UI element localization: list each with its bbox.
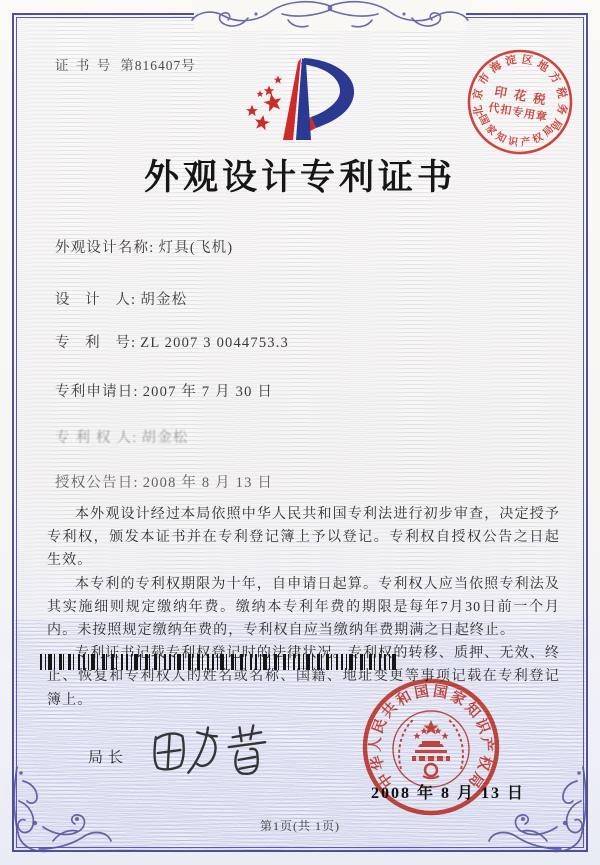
body-paragraph-1: 本外观设计经过本局依照中华人民共和国专利法进行初步审查，决定授予专利权，颁发本证… [47,503,560,573]
cnipa-logo-icon [236,50,368,156]
certificate-page: 证 书 号第816407号 北京市海淀区地方税务局 国家知识产权局 印 花 税 … [0,0,600,865]
field-value: ZL 2007 3 0044753.3 [140,335,289,351]
field-label: 专利申请日: [55,384,139,400]
field-grant-date: 授权公告日:2008 年 8 月 13 日 [55,471,273,492]
field-value: 胡金松 [142,430,189,446]
svg-text:务: 务 [555,103,571,116]
field-filing-date: 专利申请日:2007 年 7 月 30 日 [55,380,273,401]
national-ip-office-seal: 中华人民共和国国家知识产权局 [360,676,502,818]
signature-name: 田力普 [0,0,1,1]
field-value: 2007 年 7 月 30 日 [143,384,273,400]
top-flourish-ornament [188,0,472,31]
field-label: 专 利 号: [55,335,136,351]
director-signature [146,714,274,792]
certificate-number: 证 书 号第816407号 [55,54,196,74]
field-label: 外观设计名称: [55,240,154,256]
field-value: 2008 年 8 月 13 日 [143,475,273,491]
field-label: 设 计 人: [55,292,136,308]
field-value: 胡金松 [140,292,187,308]
svg-text:产: 产 [520,134,532,148]
page-footer: 第1页(共 1页) [0,817,600,834]
page-title: 外观设计专利证书 [0,150,600,200]
svg-text:京: 京 [470,88,486,101]
svg-text:识: 识 [507,134,520,149]
field-label: 专 利 权 人: [55,430,138,446]
field-label: 授权公告日: [55,475,139,491]
field-designer: 设 计 人:胡金松 [55,288,187,309]
barcode [40,654,396,670]
signature-title-label: 局长 [88,746,128,767]
svg-text:区: 区 [521,52,534,68]
svg-text:产: 产 [478,737,497,753]
corner-flourish-right [487,757,591,857]
field-design-name: 外观设计名称:灯具(飞机) [55,236,233,257]
field-patentee: 专 利 权 人:胡金松 [55,426,189,447]
body-paragraph-2: 本专利的专利权期限为十年，自申请日起算。专利权人应当依照专利法及其实施细则规定缴… [47,573,560,643]
certificate-number-value: 第816407号 [120,58,196,73]
certificate-number-label: 证 书 号 [55,58,112,73]
field-value: 灯具(飞机) [158,240,233,256]
svg-text:人: 人 [367,736,385,752]
field-patent-number: 专 利 号:ZL 2007 3 0044753.3 [55,331,289,352]
svg-text:淀: 淀 [504,52,518,68]
corner-flourish-left [9,757,113,857]
